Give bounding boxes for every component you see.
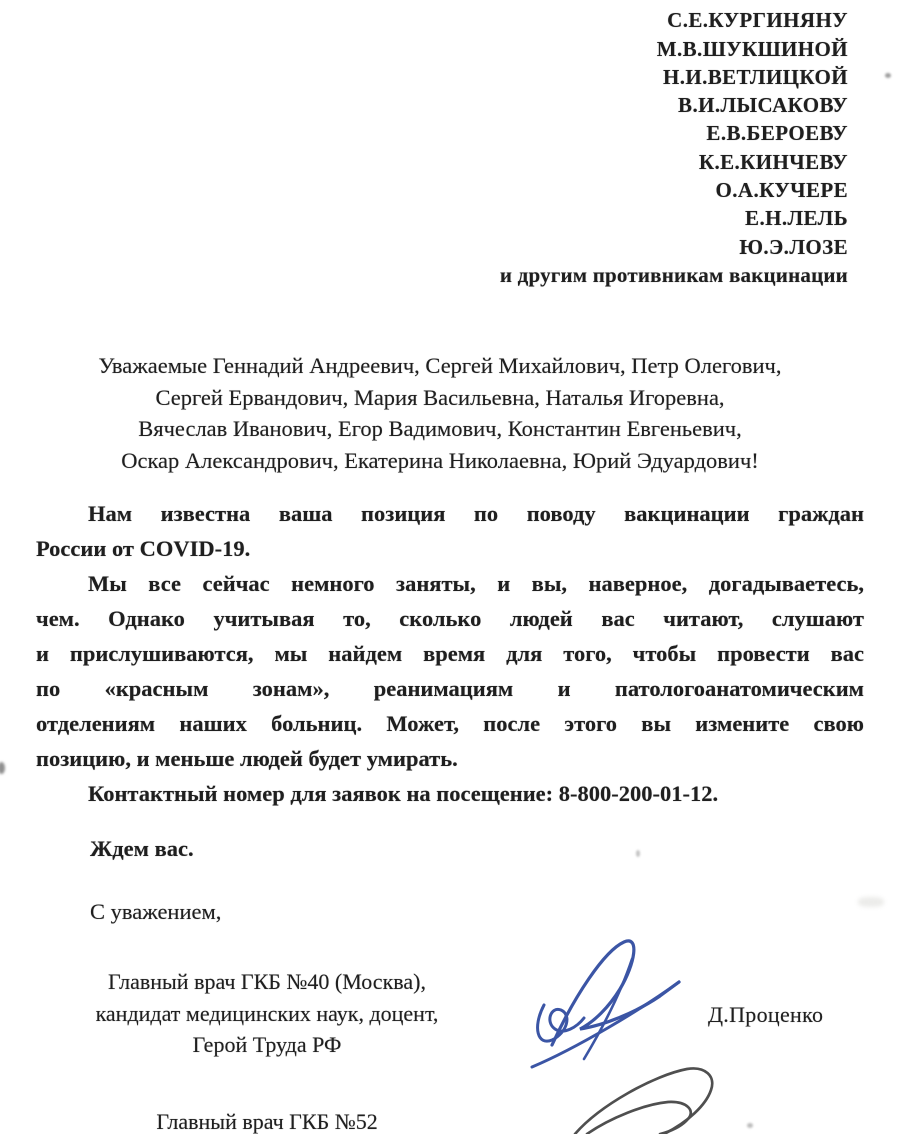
body-line: и прислушиваются, мы найдем время для то… xyxy=(36,636,864,671)
addressee-list: П.О.ТОЛСТОМУ С.Е.КУРГИНЯНУ М.В.ШУКШИНОЙ … xyxy=(500,0,848,289)
signer-1-title-line: Главный врач ГКБ №40 (Москва), xyxy=(60,966,474,998)
signer-1-name: Д.Проценко xyxy=(708,1002,823,1028)
body-line: по «красным зонам», реанимациям и патоло… xyxy=(36,671,864,706)
addressee-line: Н.И.ВЕТЛИЦКОЙ xyxy=(500,63,848,91)
addressee-line: В.И.ЛЫСАКОВУ xyxy=(500,91,848,119)
signer-1-title-line: Герой Труда РФ xyxy=(60,1029,474,1061)
signer-2-title: Главный врач ГКБ №52 xyxy=(60,1106,474,1134)
greeting-line: Оскар Александрович, Екатерина Николаевн… xyxy=(0,445,880,477)
greeting-line: Уважаемые Геннадий Андреевич, Сергей Мих… xyxy=(0,350,880,382)
body-line: чем. Однако учитывая то, сколько людей в… xyxy=(36,601,864,636)
addressee-line: Е.В.БЕРОЕВУ xyxy=(500,119,848,147)
addressee-footer-line: и другим противникам вакцинации xyxy=(500,261,848,289)
body-line: отделениям наших больниц. Может, после э… xyxy=(36,706,864,741)
scan-artifact-speck xyxy=(747,1123,753,1128)
body-line: позицию, и меньше людей будет умирать. xyxy=(36,741,864,776)
greeting-line: Сергей Ервандович, Мария Васильевна, Нат… xyxy=(0,382,880,414)
signer-2-title-line: Главный врач ГКБ №52 xyxy=(60,1106,474,1134)
addressee-line: К.Е.КИНЧЕВУ xyxy=(500,148,848,176)
scan-artifact-speck xyxy=(636,850,640,857)
body-line: Нам известна ваша позиция по поводу вакц… xyxy=(36,496,864,531)
body-line: Мы все сейчас немного заняты, и вы, наве… xyxy=(36,566,864,601)
contact-phone-line: Контактный номер для заявок на посещение… xyxy=(36,776,864,811)
signer-1-title-line: кандидат медицинских наук, доцент, xyxy=(60,998,474,1030)
addressee-line: М.В.ШУКШИНОЙ xyxy=(500,35,848,63)
addressee-line: О.А.КУЧЕРЕ xyxy=(500,176,848,204)
signature-ink-doctor-2 xyxy=(560,1060,730,1134)
signature-ink-doctor-1 xyxy=(522,933,694,1075)
salutation-line: С уважением, xyxy=(90,899,221,925)
addressee-line: Ю.Э.ЛОЗЕ xyxy=(500,233,848,261)
scan-artifact-dot xyxy=(885,73,891,78)
scan-artifact-speck xyxy=(0,762,5,774)
signer-1-title: Главный врач ГКБ №40 (Москва), кандидат … xyxy=(60,966,474,1061)
addressee-line: С.Е.КУРГИНЯНУ xyxy=(500,6,848,34)
scanned-letter-page: П.О.ТОЛСТОМУ С.Е.КУРГИНЯНУ М.В.ШУКШИНОЙ … xyxy=(0,0,904,1134)
addressee-line: Е.Н.ЛЕЛЬ xyxy=(500,204,848,232)
letter-body: Нам известна ваша позиция по поводу вакц… xyxy=(36,496,864,811)
scan-artifact-smudge xyxy=(858,897,884,907)
greeting-block: Уважаемые Геннадий Андреевич, Сергей Мих… xyxy=(0,350,880,476)
greeting-line: Вячеслав Иванович, Егор Вадимович, Конст… xyxy=(0,413,880,445)
body-line: России от COVID-19. xyxy=(36,531,864,566)
closing-line: Ждем вас. xyxy=(90,836,194,862)
